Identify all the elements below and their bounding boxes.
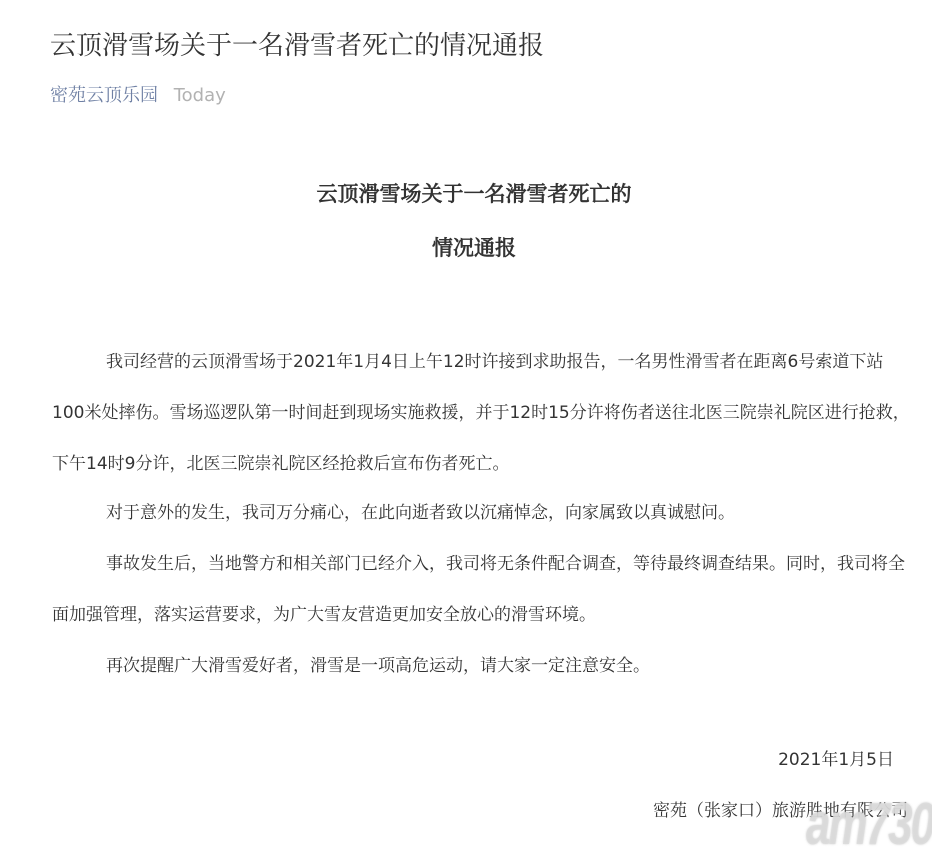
- account-name-link[interactable]: 密苑云顶乐园: [50, 85, 158, 106]
- publish-time: Today: [174, 85, 226, 106]
- article-title: 云顶滑雪场关于一名滑雪者死亡的情况通报: [50, 28, 544, 64]
- document-heading-line1: 云顶滑雪场关于一名滑雪者死亡的: [0, 178, 932, 208]
- paragraph-incident: 我司经营的云顶滑雪场于2021年1月4日上午12时许接到求助报告，一名男性滑雪者…: [52, 337, 910, 490]
- paragraph-reminder: 再次提醒广大滑雪爱好者，滑雪是一项高危运动，请大家一定注意安全。: [52, 641, 910, 692]
- document-heading-line2: 情况通报: [0, 232, 932, 262]
- watermark-logo: am730: [806, 791, 932, 859]
- paragraph-condolence: 对于意外的发生，我司万分痛心，在此向逝者致以沉痛悼念，向家属致以真诚慰问。: [52, 488, 910, 539]
- signature-date: 2021年1月5日: [778, 745, 894, 770]
- article-meta: 密苑云顶乐园 Today: [50, 82, 226, 110]
- paragraph-investigation: 事故发生后，当地警方和相关部门已经介入，我司将无条件配合调查，等待最终调查结果。…: [52, 539, 910, 641]
